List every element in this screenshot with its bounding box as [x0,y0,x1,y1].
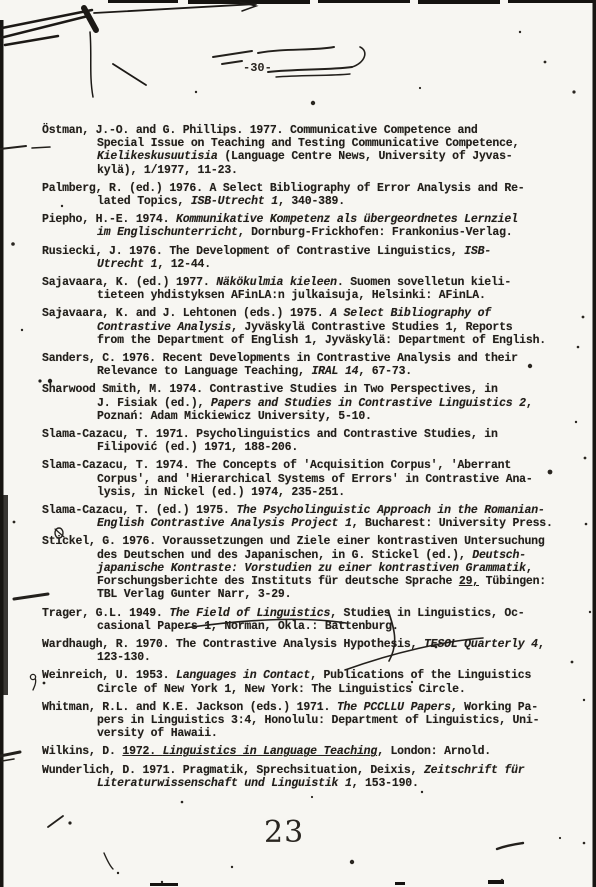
bibliography-entry-line: versity of Hawaii. [42,727,572,740]
bibliography-entry-line: from the Department of English 1, Jyväsk… [42,334,572,347]
bibliography-entry-line: 123-130. [42,651,572,664]
bibliography-entry-line: Relevance to Language Teaching, IRAL 14,… [42,365,572,378]
bibliography-entry-line: Trager, G.L. 1949. The Field of Linguist… [42,607,572,620]
bibliography-entry-line: Corpus', and 'Hierarchical Systems of Er… [42,473,572,486]
bibliography-entry-line: Wardhaugh, R. 1970. The Contrastive Anal… [42,638,572,651]
bibliography-entry-line: des Deutschen und des Japanischen, in G.… [42,549,572,562]
bibliography-entry-line: Slama-Cazacu, T. 1971. Psycholinguistics… [42,428,572,441]
scan-border-bottom [150,880,504,886]
bibliography-entry: Weinreich, U. 1953. Languages in Contact… [42,669,572,695]
bibliography-entry-line: TBL Verlag Gunter Narr, 3-29. [42,588,572,601]
bibliography-entry-line: Utrecht 1, 12-44. [42,258,572,271]
bibliography-entry: Wilkins, D. 1972. Linguistics in Languag… [42,745,572,758]
bibliography-entry-line: Sajavaara, K. (ed.) 1977. Näkökulmia kie… [42,276,572,289]
bibliography-entry-line: lysis, in Nickel (ed.) 1974, 235-251. [42,486,572,499]
bibliography-entry-line: Filipović (ed.) 1971, 188-206. [42,441,572,454]
bibliography-entry-line: Sajavaara, K. and J. Lehtonen (eds.) 197… [42,307,572,320]
bibliography-entry-line: Östman, J.-O. and G. Phillips. 1977. Com… [42,124,572,137]
bibliography-entry: Rusiecki, J. 1976. The Development of Co… [42,245,572,271]
bibliography-entry-line: kylä), 1/1977, 11-23. [42,164,572,177]
scan-border-left [0,20,4,887]
bibliography-entry: Wunderlich, D. 1971. Pragmatik, Sprechsi… [42,764,572,790]
bibliography-entry-line: Literaturwissenschaft und Linguistik 1, … [42,777,572,790]
bibliography-entry: Östman, J.-O. and G. Phillips. 1977. Com… [42,124,572,177]
bibliography-entry-line: Palmberg, R. (ed.) 1976. A Select Biblio… [42,182,572,195]
scan-border-right [593,0,596,887]
bibliography-entry-line: Sharwood Smith, M. 1974. Contrastive Stu… [42,383,572,396]
bibliography-entry: Whitman, R.L. and K.E. Jackson (eds.) 19… [42,701,572,741]
bibliography-entry-line: casional Papers 1, Norman, Okla.: Batten… [42,620,572,633]
bibliography-entry-line: pers in Linguistics 3:4, Honolulu: Depar… [42,714,572,727]
bibliography-entry-line: japanische Kontraste: Vorstudien zu eine… [42,562,572,575]
bibliography-entry: Slama-Cazacu, T. 1974. The Concepts of '… [42,459,572,499]
scan-border-left-thick [0,495,8,695]
bibliography-entry-line: Forschungsberichte des Instituts für deu… [42,575,572,588]
bibliography-entry: Trager, G.L. 1949. The Field of Linguist… [42,607,572,633]
scanned-page: -30- Östman, J.-O. and G. Phillips. 1977… [0,0,596,887]
bibliography-entry: Slama-Cazacu, T. 1971. Psycholinguistics… [42,428,572,454]
bibliography-entry-line: Poznań: Adam Mickiewicz University, 5-10… [42,410,572,423]
bibliography-entry-line: Piepho, H.-E. 1974. Kommunikative Kompet… [42,213,572,226]
bibliography-entry-line: tieteen yhdistyksen AFinLA:n julkaisuja,… [42,289,572,302]
page-footer-number: 23 [264,815,304,850]
bibliography-entry: Sharwood Smith, M. 1974. Contrastive Stu… [42,383,572,423]
bibliography-entry-line: lated Topics, ISB-Utrecht 1, 340-389. [42,195,572,208]
bibliography-entry-line: Kielikeskusuutisia (Language Centre News… [42,150,572,163]
bibliography-entry-line: Whitman, R.L. and K.E. Jackson (eds.) 19… [42,701,572,714]
bibliography-entry: Slama-Cazacu, T. (ed.) 1975. The Psychol… [42,504,572,530]
bibliography-entry-line: J. Fisiak (ed.), Papers and Studies in C… [42,397,572,410]
bibliography-entry-line: Slama-Cazacu, T. 1974. The Concepts of '… [42,459,572,472]
bibliography: Östman, J.-O. and G. Phillips. 1977. Com… [42,124,572,795]
bibliography-entry-line: Special Issue on Teaching and Testing Co… [42,137,572,150]
strikethrough-scribble-header [213,47,365,77]
bibliography-entry: Wardhaugh, R. 1970. The Contrastive Anal… [42,638,572,664]
bibliography-entry-line: Wunderlich, D. 1971. Pragmatik, Sprechsi… [42,764,572,777]
bibliography-entry: Palmberg, R. (ed.) 1976. A Select Biblio… [42,182,572,208]
bibliography-entry: Sajavaara, K. and J. Lehtonen (eds.) 197… [42,307,572,347]
bibliography-entry: Sajavaara, K. (ed.) 1977. Näkökulmia kie… [42,276,572,302]
bibliography-entry-line: English Contrastive Analysis Project 1, … [42,517,572,530]
bibliography-entry: Piepho, H.-E. 1974. Kommunikative Kompet… [42,213,572,239]
bibliography-entry-line: Circle of New York 1, New York: The Ling… [42,683,572,696]
bibliography-entry-line: Contrastive Analysis, Jyväskylä Contrast… [42,321,572,334]
page-header-number: -30- [243,61,272,75]
bibliography-entry-line: Slama-Cazacu, T. (ed.) 1975. The Psychol… [42,504,572,517]
bibliography-entry: Sanders, C. 1976. Recent Developments in… [42,352,572,378]
scan-border-top [108,0,596,4]
bibliography-entry-line: Stickel, G. 1976. Voraussetzungen und Zi… [42,535,572,548]
pen-scribble-top-left [0,2,256,97]
bibliography-entry-line: im Englischunterricht, Dornburg-Frickhof… [42,226,572,239]
bibliography-entry-line: Wilkins, D. 1972. Linguistics in Languag… [42,745,572,758]
bibliography-entry-line: Weinreich, U. 1953. Languages in Contact… [42,669,572,682]
bibliography-entry-line: Sanders, C. 1976. Recent Developments in… [42,352,572,365]
bibliography-entry-line: Rusiecki, J. 1976. The Development of Co… [42,245,572,258]
bibliography-entry: Stickel, G. 1976. Voraussetzungen und Zi… [42,535,572,601]
